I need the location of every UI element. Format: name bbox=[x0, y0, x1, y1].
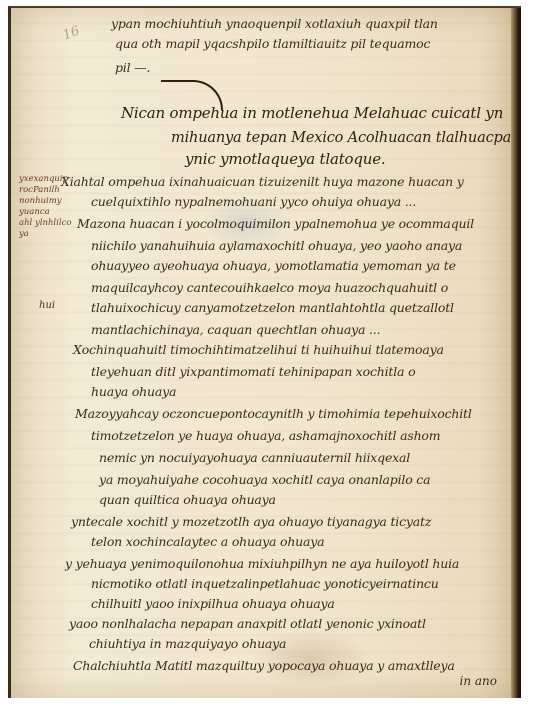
text-line: Mazona huacan i yocolmoquimilon ypalnemo… bbox=[77, 216, 474, 231]
manuscript-page: 16 ypan mochiuhtiuh ynaoquenpil xotlaxiu… bbox=[8, 6, 521, 698]
text-line: telon xochincalaytec a ohuaya ohuaya bbox=[91, 534, 324, 549]
margin-note-line: yuanca bbox=[19, 207, 71, 218]
text-line: maquilcayhcoy cantecouihkaelco moya huaz… bbox=[91, 280, 448, 295]
text-line: chiuhtiya in mazquiyayo ohuaya bbox=[89, 636, 286, 651]
text-line: nicmotiko otlatl inquetzalinpetlahuac yo… bbox=[91, 576, 439, 591]
text-line: Chalchiuhtla Matitl mazquiltuy yopocaya … bbox=[73, 658, 455, 673]
text-line: yaoo nonlhalacha nepapan anaxpitl otlatl… bbox=[69, 616, 426, 631]
text-line: pil —. bbox=[115, 60, 150, 75]
text-line: tleyehuan ditl yixpantimomati tehinipapa… bbox=[91, 364, 415, 379]
margin-note: yxexanquip rocPanilh nonhuimy yuanca ahl… bbox=[19, 174, 71, 240]
catchword: in ano bbox=[460, 674, 498, 688]
text-line: tlahuixochicuy canyamotzetzelon mantlaht… bbox=[91, 300, 454, 315]
text-line: Mazoyyahcay oczoncuepontocaynitlh y timo… bbox=[75, 406, 472, 421]
margin-note-line: nonhuimy bbox=[19, 196, 71, 207]
text-line: mantlachichinaya, caquan quechtlan ohuay… bbox=[91, 322, 380, 337]
margin-marker: hui bbox=[39, 300, 55, 311]
text-line: ya moyahuiyahe cocohuaya xochitl caya on… bbox=[99, 472, 430, 487]
margin-note-line: yxexanquip bbox=[19, 174, 71, 185]
text-line: quan quiltica ohuaya ohuaya bbox=[99, 492, 276, 507]
margin-note-line: ya bbox=[19, 229, 71, 240]
text-line: huaya ohuaya bbox=[91, 384, 176, 399]
text-line: Xiahtal ompehua ixinahuaicuan tizuizenil… bbox=[61, 174, 464, 189]
text-line: ohuayyeo ayeohuaya ohuaya, yomotlamatia … bbox=[91, 258, 456, 273]
text-line: Xochinquahuitl timochihtimatzelihui ti h… bbox=[73, 342, 444, 357]
text-line: ypan mochiuhtiuh ynaoquenpil xotlaxiuh q… bbox=[111, 16, 438, 31]
text-line: qua oth mapil yqacshpilo tlamiltiauitz p… bbox=[115, 36, 430, 51]
margin-note-line: ahl ylnhlilco bbox=[19, 218, 71, 229]
heading-line: mihuanya tepan Mexico Acolhuacan tlalhua… bbox=[171, 128, 511, 146]
text-line: niichilo yanahuihuia aylamaxochitl ohuay… bbox=[91, 238, 462, 253]
text-line: y yehuaya yenimoquilonohua mixiuhpilhyn … bbox=[65, 556, 459, 571]
text-line: chilhuitl yaoo inixpilhua ohuaya ohuaya bbox=[91, 596, 335, 611]
text-line: nemic yn nocuiyayohuaya canniuauternil h… bbox=[99, 450, 410, 465]
text-line: cuelquixtihlo nypalnemohuani yyco ohuiya… bbox=[91, 194, 416, 209]
text-line: timotzetzelon ye huaya ohuaya, ashamajno… bbox=[91, 428, 440, 443]
margin-note-line: rocPanilh bbox=[19, 185, 71, 196]
text-line: yntecale xochitl y mozetzotlh aya ohuayo… bbox=[71, 514, 431, 529]
heading-line: ynic ymotlaqueya tlatoque. bbox=[185, 150, 385, 168]
book-spine bbox=[511, 8, 521, 698]
